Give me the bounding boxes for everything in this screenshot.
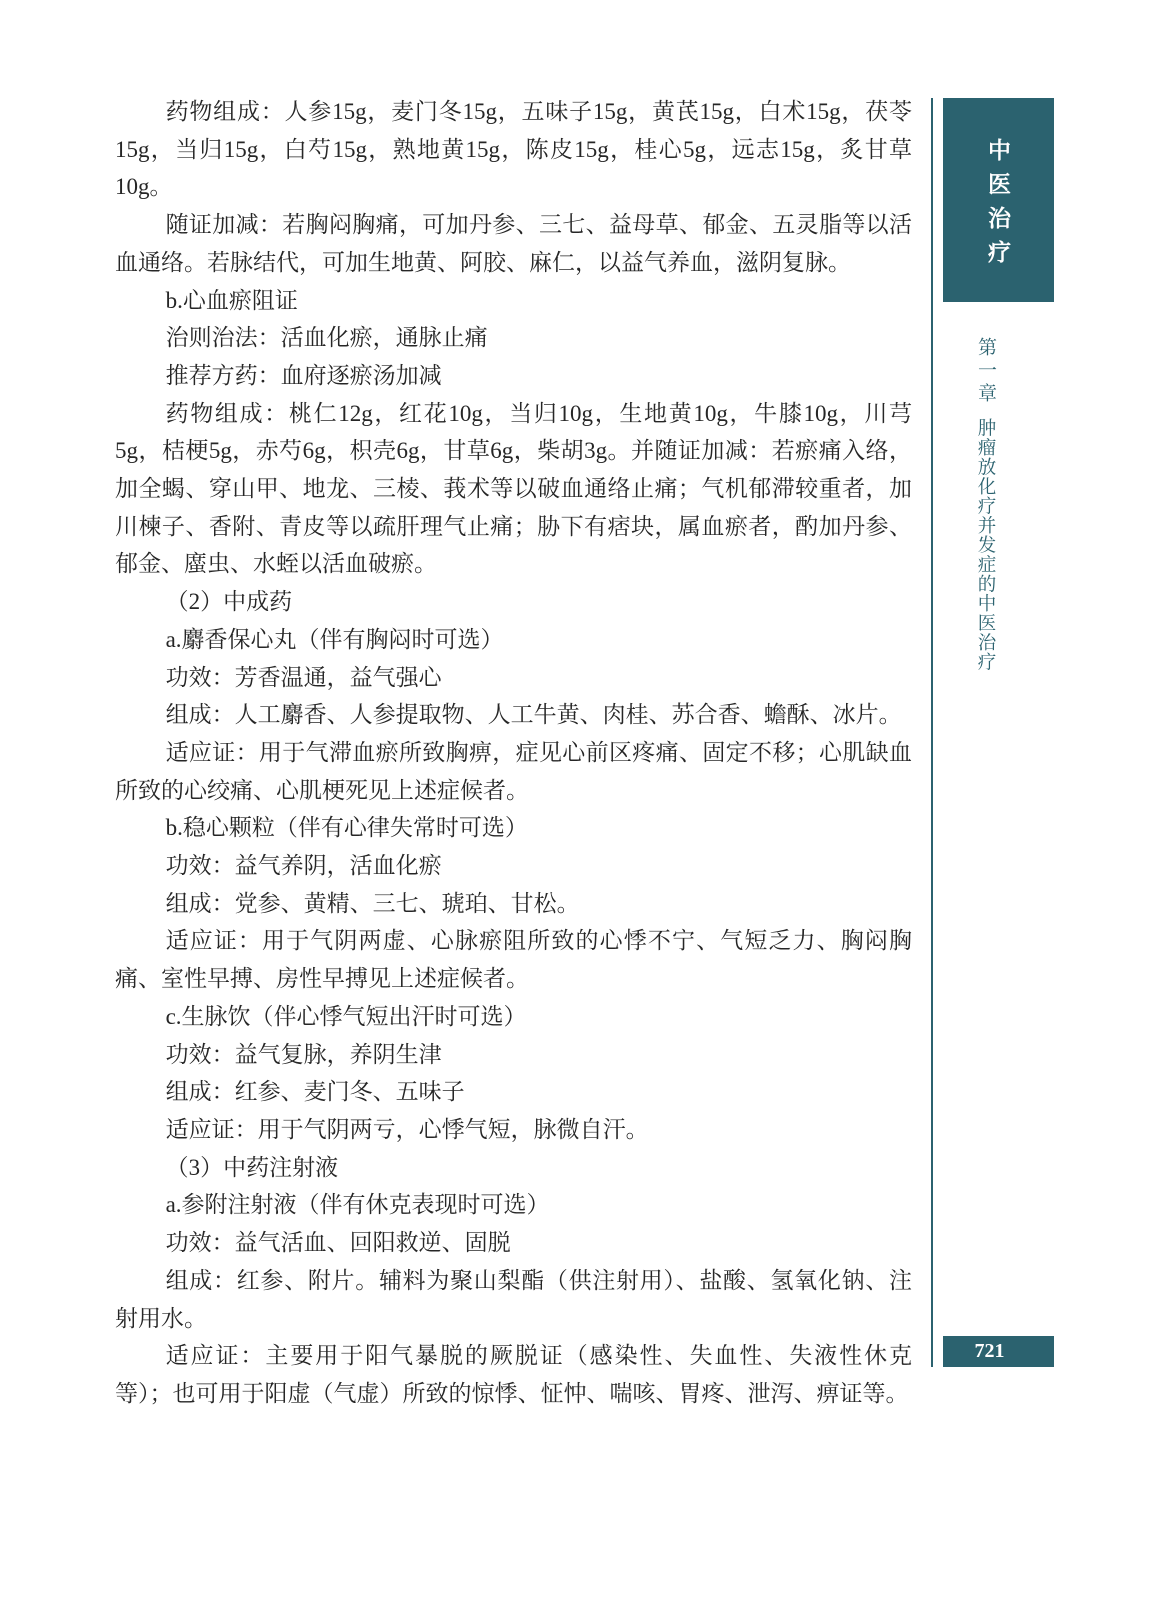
paragraph: 组成：红参、附片。辅料为聚山梨酯（供注射用）、盐酸、氢氧化钠、注射用水。 [115, 1262, 912, 1337]
sidebar-rule [931, 98, 933, 1367]
paragraph: 组成：党参、黄精、三七、琥珀、甘松。 [115, 885, 912, 923]
chapter-number: 第一章 [972, 337, 999, 406]
paragraph: c.生脉饮（伴心悸气短出汗时可选） [115, 998, 912, 1036]
paragraph: 功效：益气活血、回阳救逆、固脱 [115, 1224, 912, 1262]
main-text: 药物组成：人参15g，麦门冬15g，五味子15g，黄芪15g，白术15g，茯苓1… [115, 93, 912, 1413]
paragraph: 药物组成：桃仁12g，红花10g，当归10g，生地黄10g，牛膝10g，川芎5g… [115, 395, 912, 584]
paragraph: b.心血瘀阻证 [115, 282, 912, 320]
paragraph: 组成：人工麝香、人参提取物、人工牛黄、肉桂、苏合香、蟾酥、冰片。 [115, 696, 912, 734]
paragraph: 适应证：用于气阴两亏，心悸气短，脉微自汗。 [115, 1111, 912, 1149]
paragraph: 功效：益气复脉，养阴生津 [115, 1036, 912, 1074]
paragraph: 组成：红参、麦门冬、五味子 [115, 1073, 912, 1111]
paragraph: 药物组成：人参15g，麦门冬15g，五味子15g，黄芪15g，白术15g，茯苓1… [115, 93, 912, 206]
paragraph: 功效：益气养阴，活血化瘀 [115, 847, 912, 885]
paragraph: （2）中成药 [115, 583, 912, 621]
page-number-badge: 721 [943, 1336, 1054, 1367]
paragraph: 功效：芳香温通，益气强心 [115, 659, 912, 697]
paragraph: 适应证：主要用于阳气暴脱的厥脱证（感染性、失血性、失液性休克等）；也可用于阳虚（… [115, 1337, 912, 1412]
paragraph: 随证加减：若胸闷胸痛，可加丹参、三七、益母草、郁金、五灵脂等以活血通络。若脉结代… [115, 206, 912, 281]
paragraph: 推荐方药：血府逐瘀汤加减 [115, 357, 912, 395]
paragraph: a.麝香保心丸（伴有胸闷时可选） [115, 621, 912, 659]
section-tab: 中医治疗 [943, 98, 1054, 302]
paragraph: b.稳心颗粒（伴有心律失常时可选） [115, 809, 912, 847]
paragraph: （3）中药注射液 [115, 1149, 912, 1187]
page-number: 721 [975, 1340, 1005, 1363]
book-page: 药物组成：人参15g，麦门冬15g，五味子15g，黄芪15g，白术15g，茯苓1… [0, 0, 1154, 1607]
paragraph: 适应证：用于气滞血瘀所致胸痹，症见心前区疼痛、固定不移；心肌缺血所致的心绞痛、心… [115, 734, 912, 809]
paragraph: 治则治法：活血化瘀，通脉止痛 [115, 319, 912, 357]
paragraph: 适应证：用于气阴两虚、心脉瘀阻所致的心悸不宁、气短乏力、胸闷胸痛、室性早搏、房性… [115, 922, 912, 997]
chapter-title: 肿瘤放化疗并发症的中医治疗 [972, 418, 998, 672]
section-tab-label: 中医治疗 [982, 138, 1015, 274]
paragraph: a.参附注射液（伴有休克表现时可选） [115, 1186, 912, 1224]
